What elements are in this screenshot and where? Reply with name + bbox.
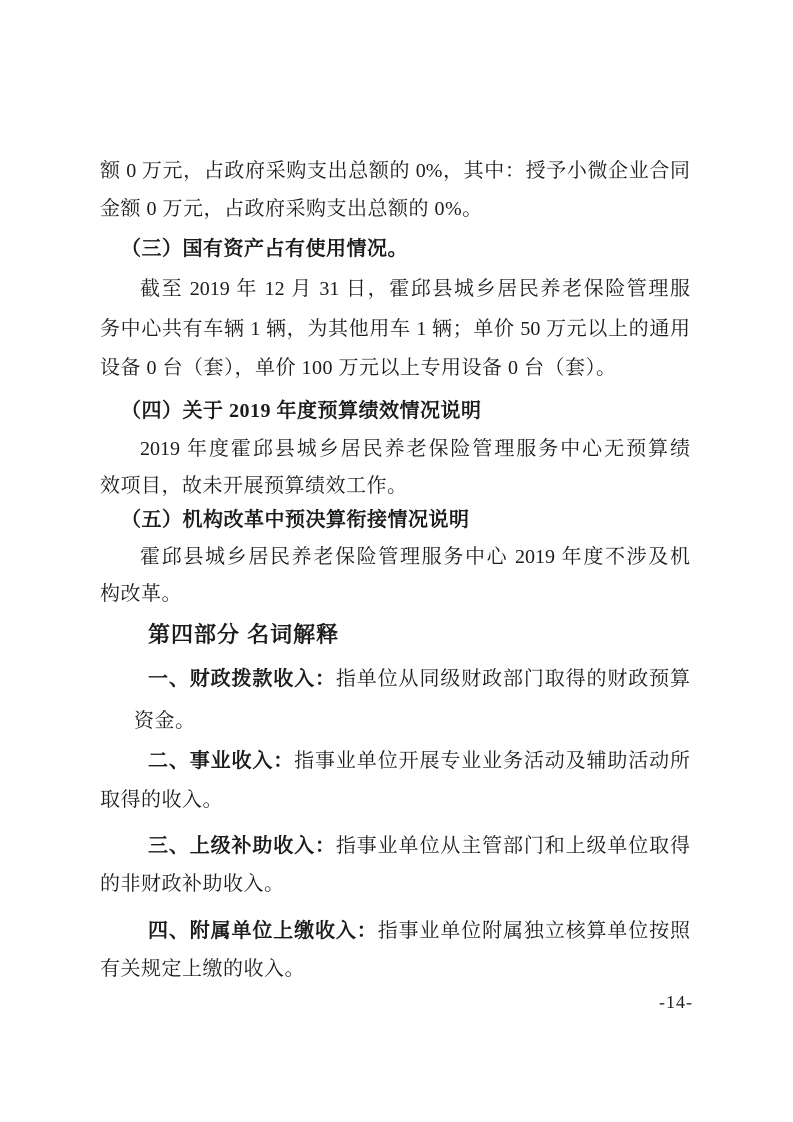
procurement-paragraph-line-1: 额 0 万元，占政府采购支出总额的 0%，其中：授予小微企业合同 [100,158,690,184]
section3-heading: （三）国有资产占有使用情况。 [121,236,408,262]
term1-title: 一、财政拨款收入： [148,668,336,690]
section3-line-2: 务中心共有车辆 1 辆，为其他用车 1 辆；单价 50 万元以上的通用 [100,316,690,342]
part4-heading: 第四部分 名词解释 [148,622,339,648]
term1-definition-continued: 资金。 [134,708,196,734]
section4-line-1: 2019 年度霍邱县城乡居民养老保险管理服务中心无预算绩 [140,436,690,462]
term1-definition: 指单位从同级财政部门取得的财政预算 [336,668,690,690]
glossary-term-row: 一、财政拨款收入：指单位从同级财政部门取得的财政预算 [148,666,690,692]
term3-definition-continued: 的非财政补助收入。 [100,871,285,897]
term2-definition-continued: 取得的收入。 [100,787,223,813]
document-page: 额 0 万元，占政府采购支出总额的 0%，其中：授予小微企业合同 金额 0 万元… [0,0,793,1122]
section4-line-2: 效项目，故未开展预算绩效工作。 [100,473,408,499]
page-number: -14- [659,992,693,1013]
section4-heading: （四）关于 2019 年度预算绩效情况说明 [121,398,482,424]
term3-title: 三、上级补助收入： [148,835,336,857]
section3-line-3: 设备 0 台（套），单价 100 万元以上专用设备 0 台（套）。 [100,355,617,381]
section3-line-1: 截至 2019 年 12 月 31 日，霍邱县城乡居民养老保险管理服 [140,276,690,302]
term2-title: 二、事业收入： [148,750,294,772]
glossary-term-row: 三、上级补助收入：指事业单位从主管部门和上级单位取得 [148,833,690,859]
term2-definition: 指事业单位开展专业业务活动及辅助活动所 [294,750,690,772]
term4-title: 四、附属单位上缴收入： [148,920,378,942]
glossary-term-row: 四、附属单位上缴收入：指事业单位附属独立核算单位按照 [148,918,690,944]
section5-line-2: 构改革。 [100,581,182,607]
procurement-paragraph-line-2: 金额 0 万元，占政府采购支出总额的 0%。 [100,196,483,222]
term4-definition-continued: 有关规定上缴的收入。 [100,956,305,982]
term4-definition: 指事业单位附属独立核算单位按照 [378,920,690,942]
term3-definition: 指事业单位从主管部门和上级单位取得 [336,835,690,857]
section5-heading: （五）机构改革中预决算衔接情况说明 [121,507,470,533]
glossary-term-row: 二、事业收入：指事业单位开展专业业务活动及辅助活动所 [148,748,690,774]
section5-line-1: 霍邱县城乡居民养老保险管理服务中心 2019 年度不涉及机 [140,544,690,570]
